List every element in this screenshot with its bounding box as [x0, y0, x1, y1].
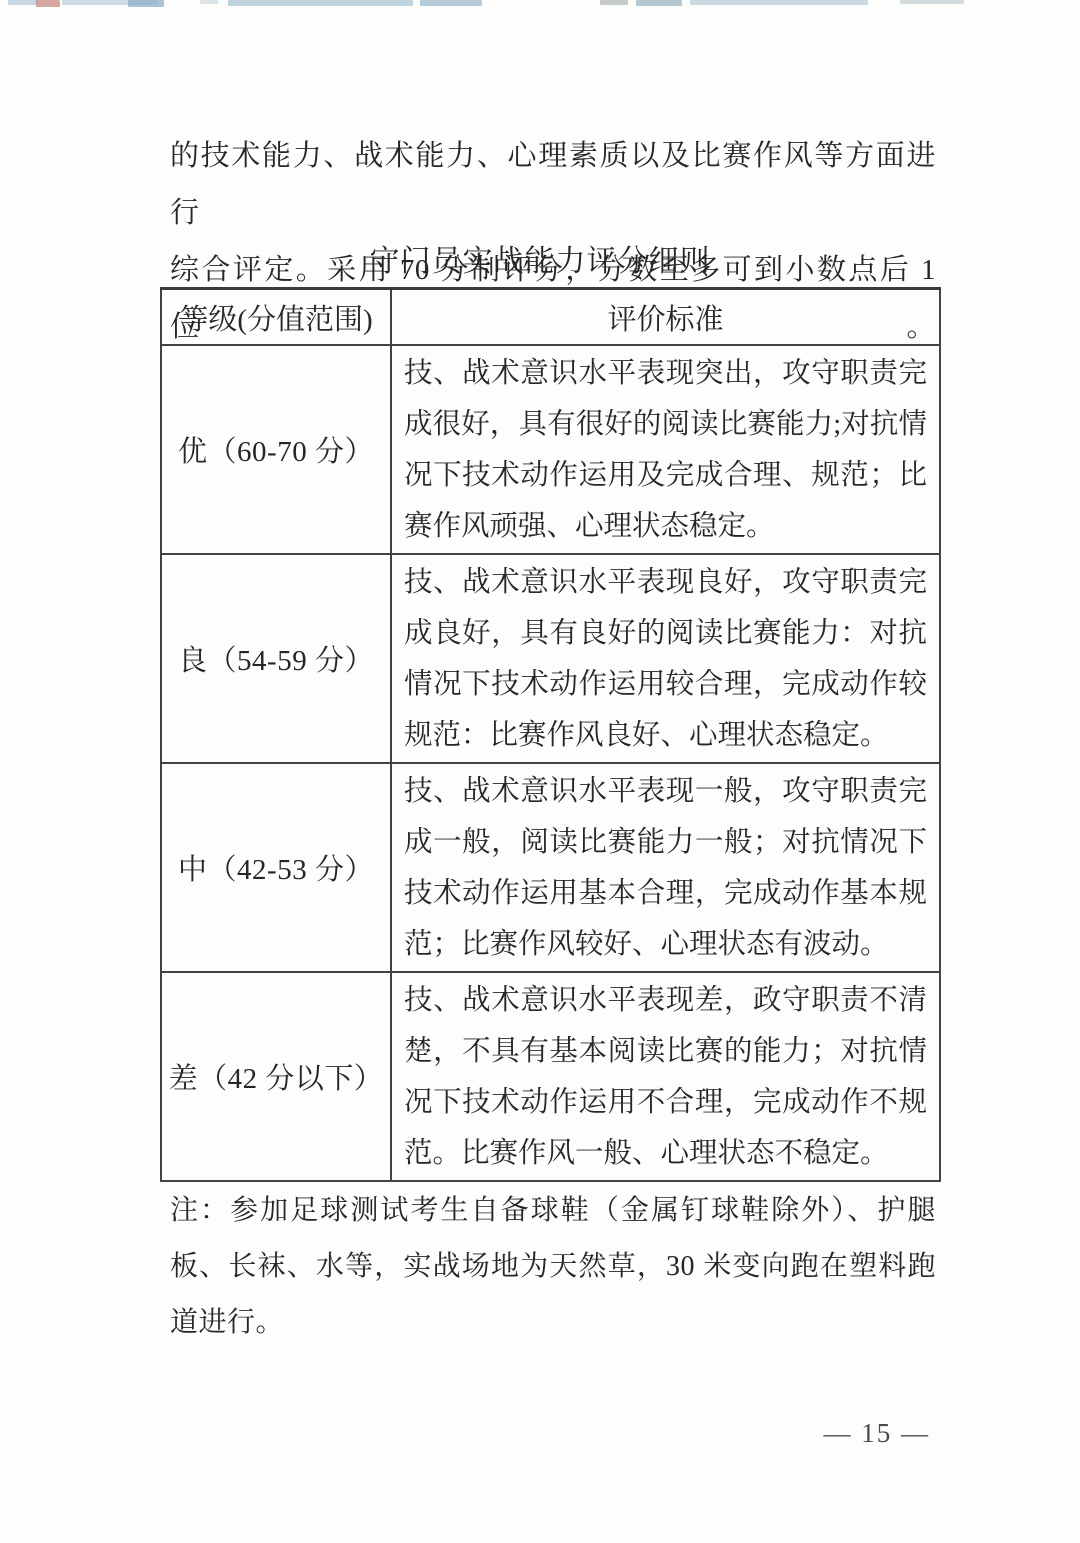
cropped-header-fragment	[128, 0, 164, 7]
cropped-header-fragment	[690, 0, 868, 5]
text-line: 道进行。	[170, 1295, 936, 1351]
cropped-header-fragment	[420, 0, 482, 6]
text-line: 范；比赛作风较好、心理状态有波动。	[404, 919, 927, 970]
cropped-header-fragment	[636, 0, 682, 6]
text-line: 成良好，具有良好的阅读比赛能力：对抗	[404, 608, 927, 659]
note-paragraph: 注：参加足球测试考生自备球鞋（金属钉球鞋除外）、护腿板、长袜、水等，实战场地为天…	[170, 1183, 936, 1351]
table-row-poor: 差（42 分以下） 技、战术意识水平表现差，政守职责不清楚，不具有基本阅读比赛的…	[161, 972, 940, 1181]
cropped-header-fragment	[900, 0, 964, 4]
scoring-table: 等级(分值范围) 评价标准 优（60-70 分） 技、战术意识水平表现突出，攻守…	[160, 287, 941, 1182]
table-row-medium: 中（42-53 分） 技、战术意识水平表现一般，攻守职责完成一般，阅读比赛能力一…	[161, 763, 940, 972]
grade-cell: 差（42 分以下）	[161, 972, 391, 1181]
cropped-header-fragment	[228, 0, 413, 6]
text-line: 况下技术动作运用及完成合理、规范；比	[404, 450, 927, 501]
text-line: 赛作风顽强、心理状态稳定。	[404, 501, 927, 552]
text-line: 技、战术意识水平表现突出，攻守职责完	[404, 348, 927, 399]
text-line: 的技术能力、战术能力、心理素质以及比赛作风等方面进行	[170, 128, 936, 242]
text-line: 规范：比赛作风良好、心理状态稳定。	[404, 710, 927, 761]
criteria-cell: 技、战术意识水平表现一般，攻守职责完成一般，阅读比赛能力一般；对抗情况下技术动作…	[391, 763, 940, 972]
table-row-good: 良（54-59 分） 技、战术意识水平表现良好，攻守职责完成良好，具有良好的阅读…	[161, 554, 940, 763]
col-header-criteria: 评价标准	[391, 289, 940, 346]
cropped-header-fragment	[600, 0, 628, 5]
page-number: — 15 —	[824, 1418, 931, 1449]
text-line: 范。比赛作风一般、心理状态不稳定。	[404, 1128, 927, 1179]
grade-cell: 优（60-70 分）	[161, 345, 391, 554]
text-line: 成一般，阅读比赛能力一般；对抗情况下	[404, 817, 927, 868]
text-line: 况下技术动作运用不合理，完成动作不规	[404, 1077, 927, 1128]
grade-cell: 中（42-53 分）	[161, 763, 391, 972]
grade-cell: 良（54-59 分）	[161, 554, 391, 763]
document-page: 的技术能力、战术能力、心理素质以及比赛作风等方面进行综合评定。采用 70 分制评…	[0, 0, 1080, 1543]
criteria-cell: 技、战术意识水平表现差，政守职责不清楚，不具有基本阅读比赛的能力；对抗情况下技术…	[391, 972, 940, 1181]
col-header-grade: 等级(分值范围)	[161, 289, 391, 346]
text-line: 情况下技术动作运用较合理，完成动作较	[404, 659, 927, 710]
cropped-header-fragment	[36, 0, 60, 7]
cropped-header-fragment	[8, 0, 38, 5]
criteria-cell: 技、战术意识水平表现突出，攻守职责完成很好，具有很好的阅读比赛能力;对抗情况下技…	[391, 345, 940, 554]
table-header-row: 等级(分值范围) 评价标准	[161, 289, 940, 346]
table-row-excellent: 优（60-70 分） 技、战术意识水平表现突出，攻守职责完成很好，具有很好的阅读…	[161, 345, 940, 554]
table-title: 守门员实战能力评分细则	[0, 240, 1080, 284]
text-line: 技、战术意识水平表现差，政守职责不清	[404, 975, 927, 1026]
cropped-header-fragment	[200, 0, 218, 4]
text-line: 板、长袜、水等，实战场地为天然草，30 米变向跑在塑料跑	[170, 1239, 936, 1295]
text-line: 注：参加足球测试考生自备球鞋（金属钉球鞋除外）、护腿	[170, 1183, 936, 1239]
criteria-cell: 技、战术意识水平表现良好，攻守职责完成良好，具有良好的阅读比赛能力：对抗情况下技…	[391, 554, 940, 763]
text-line: 技术动作运用基本合理，完成动作基本规	[404, 868, 927, 919]
text-line: 成很好，具有很好的阅读比赛能力;对抗情	[404, 399, 927, 450]
text-line: 楚，不具有基本阅读比赛的能力；对抗情	[404, 1026, 927, 1077]
text-line: 技、战术意识水平表现良好，攻守职责完	[404, 557, 927, 608]
text-line: 技、战术意识水平表现一般，攻守职责完	[404, 766, 927, 817]
